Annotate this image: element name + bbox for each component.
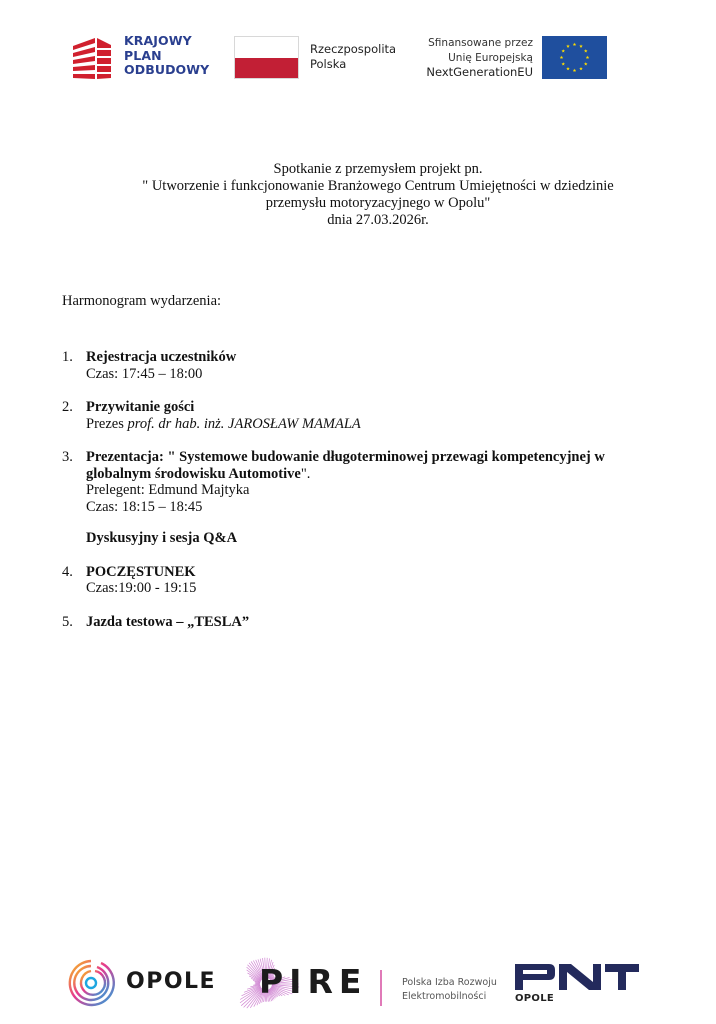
schedule-heading: Harmonogram wydarzenia:: [62, 293, 221, 310]
header-logos: KRAJOWY PLAN ODBUDOWY Rzeczpospolita Pol…: [0, 0, 716, 100]
item-number: 1.: [62, 349, 73, 366]
kpo-line-3: ODBUDOWY: [124, 63, 209, 78]
item-title: Rejestracja uczestników: [86, 349, 662, 366]
eu-funding-text: Sfinansowane przez Unię Europejską NextG…: [426, 36, 533, 80]
document-title: Spotkanie z przemysłem projekt pn. " Utw…: [60, 161, 656, 229]
divider: [380, 970, 382, 1006]
item-title: Prezentacja: " Systemowe budowanie długo…: [86, 449, 605, 482]
item-time: Czas:19:00 - 19:15: [86, 580, 662, 597]
host-prefix: Prezes: [86, 416, 127, 432]
title-line-1: Spotkanie z przemysłem projekt pn.: [60, 161, 656, 178]
item-title-tail: ".: [301, 466, 311, 482]
item-number: 2.: [62, 399, 73, 416]
item-title: Jazda testowa – „TESLA”: [86, 614, 662, 631]
pire-description: Polska Izba Rozwoju Elektromobilności: [402, 976, 497, 1004]
footer-logos: OPOLE PIRE Polska Izba Rozwoju Elektromo…: [0, 940, 716, 1024]
pire-desc-line-2: Elektromobilności: [402, 990, 497, 1004]
opole-logo-text: OPOLE: [126, 969, 216, 994]
item-host: Prezes prof. dr hab. inż. JAROSŁAW MAMAL…: [86, 416, 662, 433]
agenda-list: 1. Rejestracja uczestników Czas: 17:45 –…: [62, 349, 662, 647]
poland-line-2: Polska: [310, 57, 396, 72]
host-name: prof. dr hab. inż. JAROSŁAW MAMALA: [127, 416, 360, 432]
poland-flag-icon: [234, 36, 299, 79]
poland-line-1: Rzeczpospolita: [310, 42, 396, 57]
title-date: dnia 27.03.2026r.: [60, 212, 656, 229]
eu-line-3: NextGenerationEU: [426, 65, 533, 80]
pire-desc-line-1: Polska Izba Rozwoju: [402, 976, 497, 990]
agenda-item: 4. POCZĘSTUNEK Czas:19:00 - 19:15: [62, 564, 662, 597]
pire-logo-text: PIRE: [259, 962, 367, 1001]
kpo-line-1: KRAJOWY: [124, 34, 209, 49]
item-time: Czas: 18:15 – 18:45: [86, 499, 662, 516]
item-title: Przywitanie gości: [86, 399, 662, 416]
agenda-item: 1. Rejestracja uczestników Czas: 17:45 –…: [62, 349, 662, 382]
title-line-2: " Utworzenie i funkcjonowanie Branżowego…: [60, 178, 656, 195]
eu-flag-icon: [542, 36, 607, 79]
kpo-building-icon: [73, 36, 113, 80]
kpo-logo: KRAJOWY PLAN ODBUDOWY: [73, 34, 223, 84]
item-time: Czas: 17:45 – 18:00: [86, 366, 662, 383]
poland-logo-text: Rzeczpospolita Polska: [310, 42, 396, 72]
agenda-item: 2. Przywitanie gości Prezes prof. dr hab…: [62, 399, 662, 432]
pnt-logo-icon: [515, 964, 639, 990]
item-number: 4.: [62, 564, 73, 581]
eu-line-2: Unię Europejską: [426, 51, 533, 66]
agenda-item: 3. Prezentacja: " Systemowe budowanie dł…: [62, 449, 662, 515]
eu-line-1: Sfinansowane przez: [426, 36, 533, 51]
kpo-logo-text: KRAJOWY PLAN ODBUDOWY: [124, 34, 209, 78]
item-title-wrap: Prezentacja: " Systemowe budowanie długo…: [86, 449, 662, 482]
agenda-item: 5. Jazda testowa – „TESLA”: [62, 614, 662, 631]
item-title: POCZĘSTUNEK: [86, 564, 662, 581]
item-number: 5.: [62, 614, 73, 631]
title-line-3: przemysłu motoryzacyjnego w Opolu": [60, 195, 656, 212]
item-number: 3.: [62, 449, 73, 466]
item-speaker: Prelegent: Edmund Majtyka: [86, 482, 662, 499]
pnt-opole-text: OPOLE: [515, 993, 554, 1004]
kpo-line-2: PLAN: [124, 49, 209, 64]
opole-rings-icon: [65, 957, 117, 1009]
discussion-qa: Dyskusyjny i sesja Q&A: [62, 530, 662, 547]
